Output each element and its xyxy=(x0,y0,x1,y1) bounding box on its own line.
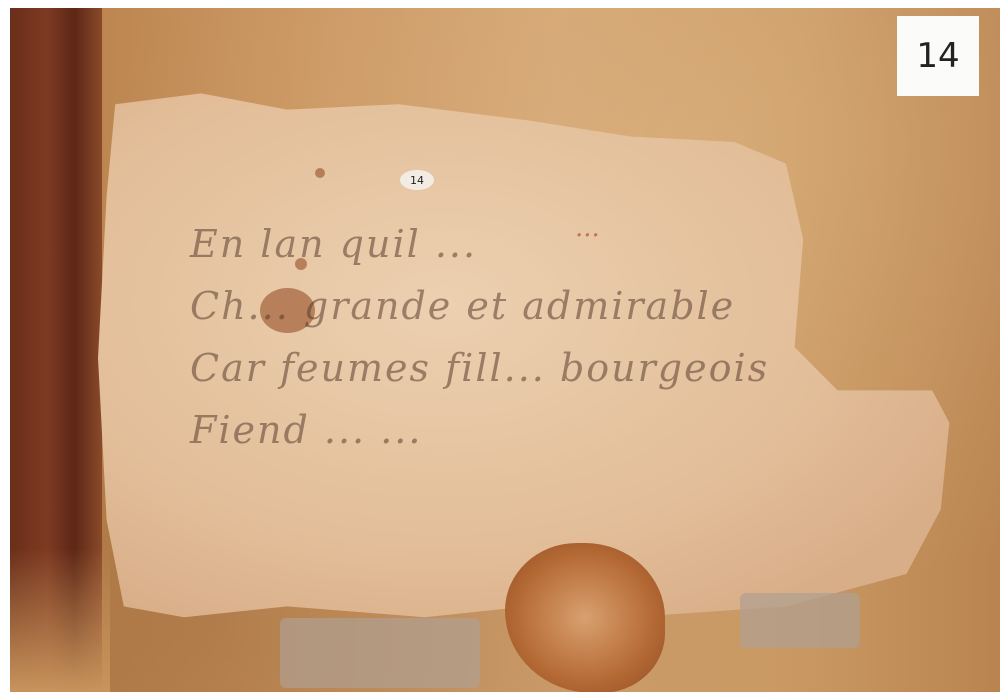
inscription-line: En lan quil ... xyxy=(190,213,810,275)
wall-lower-left xyxy=(10,548,110,692)
red-annotation: ... xyxy=(575,213,600,243)
exposed-stone xyxy=(280,618,480,688)
photo-number-card: 14 xyxy=(897,16,979,96)
exposed-stone xyxy=(740,593,860,648)
inscription: En lan quil ... Ch... grande et admirabl… xyxy=(190,213,810,461)
photograph: En lan quil ... Ch... grande et admirabl… xyxy=(10,8,1000,692)
inscription-line: Fiend ... ... xyxy=(190,399,810,461)
plaster-hole xyxy=(315,168,325,178)
wall-number-tag: 14 xyxy=(400,170,434,190)
inscription-line: Ch... grande et admirable xyxy=(190,275,810,337)
inscription-line: Car feumes fill... bourgeois xyxy=(190,337,810,399)
